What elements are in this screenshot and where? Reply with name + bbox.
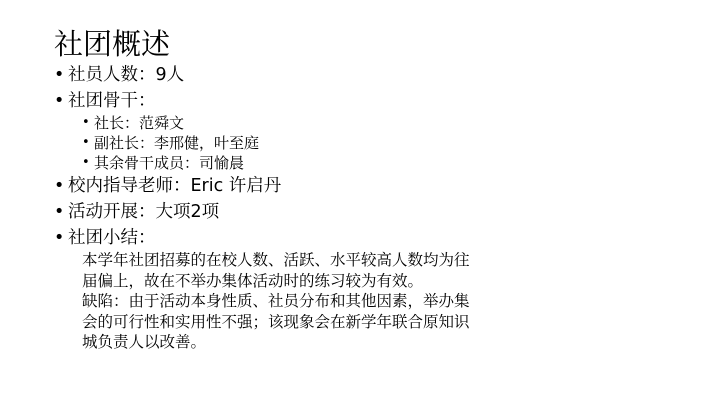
summary-line: 届偏上，故在不举办集体活动时的练习较为有效。 xyxy=(82,271,574,292)
summary-line: 本学年社团招募的在校人数、活跃、水平较高人数均为往 xyxy=(82,250,574,271)
bullet-text: 活动开展：大项2项 xyxy=(68,202,219,222)
bullet-core-members: • 社团骨干： xyxy=(54,90,574,113)
summary-line: 缺陷：由于活动本身性质、社员分布和其他因素，举办集 xyxy=(82,291,574,312)
bullet-icon: • xyxy=(54,175,64,198)
summary-line: 会的可行性和实用性不强；该现象会在新学年联合原知识 xyxy=(82,312,574,333)
bullet-activities: • 活动开展：大项2项 xyxy=(54,201,574,224)
bullet-icon: • xyxy=(54,227,64,250)
bullet-icon: • xyxy=(82,133,90,153)
sub-bullet-president: • 社长：范舜文 xyxy=(82,113,574,133)
bullet-summary: • 社团小结： xyxy=(54,227,574,250)
bullet-icon: • xyxy=(82,113,90,133)
summary-line: 城负责人以改善。 xyxy=(82,332,574,353)
sub-bullet-text: 社长：范舜文 xyxy=(94,114,184,132)
bullet-text: 校内指导老师：Eric 许启丹 xyxy=(68,176,281,196)
summary-paragraph: 本学年社团招募的在校人数、活跃、水平较高人数均为往 届偏上，故在不举办集体活动时… xyxy=(54,250,574,353)
sub-bullet-text: 其余骨干成员：司愉晨 xyxy=(94,154,244,172)
slide-title: 社团概述 xyxy=(54,26,170,62)
bullet-icon: • xyxy=(82,153,90,173)
bullet-icon: • xyxy=(54,90,64,113)
sub-bullet-text: 副社长：李邢健，叶至庭 xyxy=(94,134,259,152)
bullet-text: 社团骨干： xyxy=(68,91,156,111)
bullet-text: 社员人数：9人 xyxy=(68,65,184,85)
bullet-member-count: • 社员人数：9人 xyxy=(54,64,574,87)
bullet-advisor: • 校内指导老师：Eric 许启丹 xyxy=(54,175,574,198)
bullet-list: • 社员人数：9人 • 社团骨干： • 社长：范舜文 • 副社长：李邢健，叶至庭… xyxy=(54,64,574,353)
sub-bullet-list: • 社长：范舜文 • 副社长：李邢健，叶至庭 • 其余骨干成员：司愉晨 xyxy=(54,113,574,173)
bullet-icon: • xyxy=(54,201,64,224)
sub-bullet-vice-president: • 副社长：李邢健，叶至庭 xyxy=(82,133,574,153)
slide: 社团概述 • 社员人数：9人 • 社团骨干： • 社长：范舜文 • 副社长：李邢… xyxy=(0,0,720,405)
bullet-icon: • xyxy=(54,64,64,87)
bullet-text: 社团小结： xyxy=(68,228,156,248)
sub-bullet-other-members: • 其余骨干成员：司愉晨 xyxy=(82,153,574,173)
